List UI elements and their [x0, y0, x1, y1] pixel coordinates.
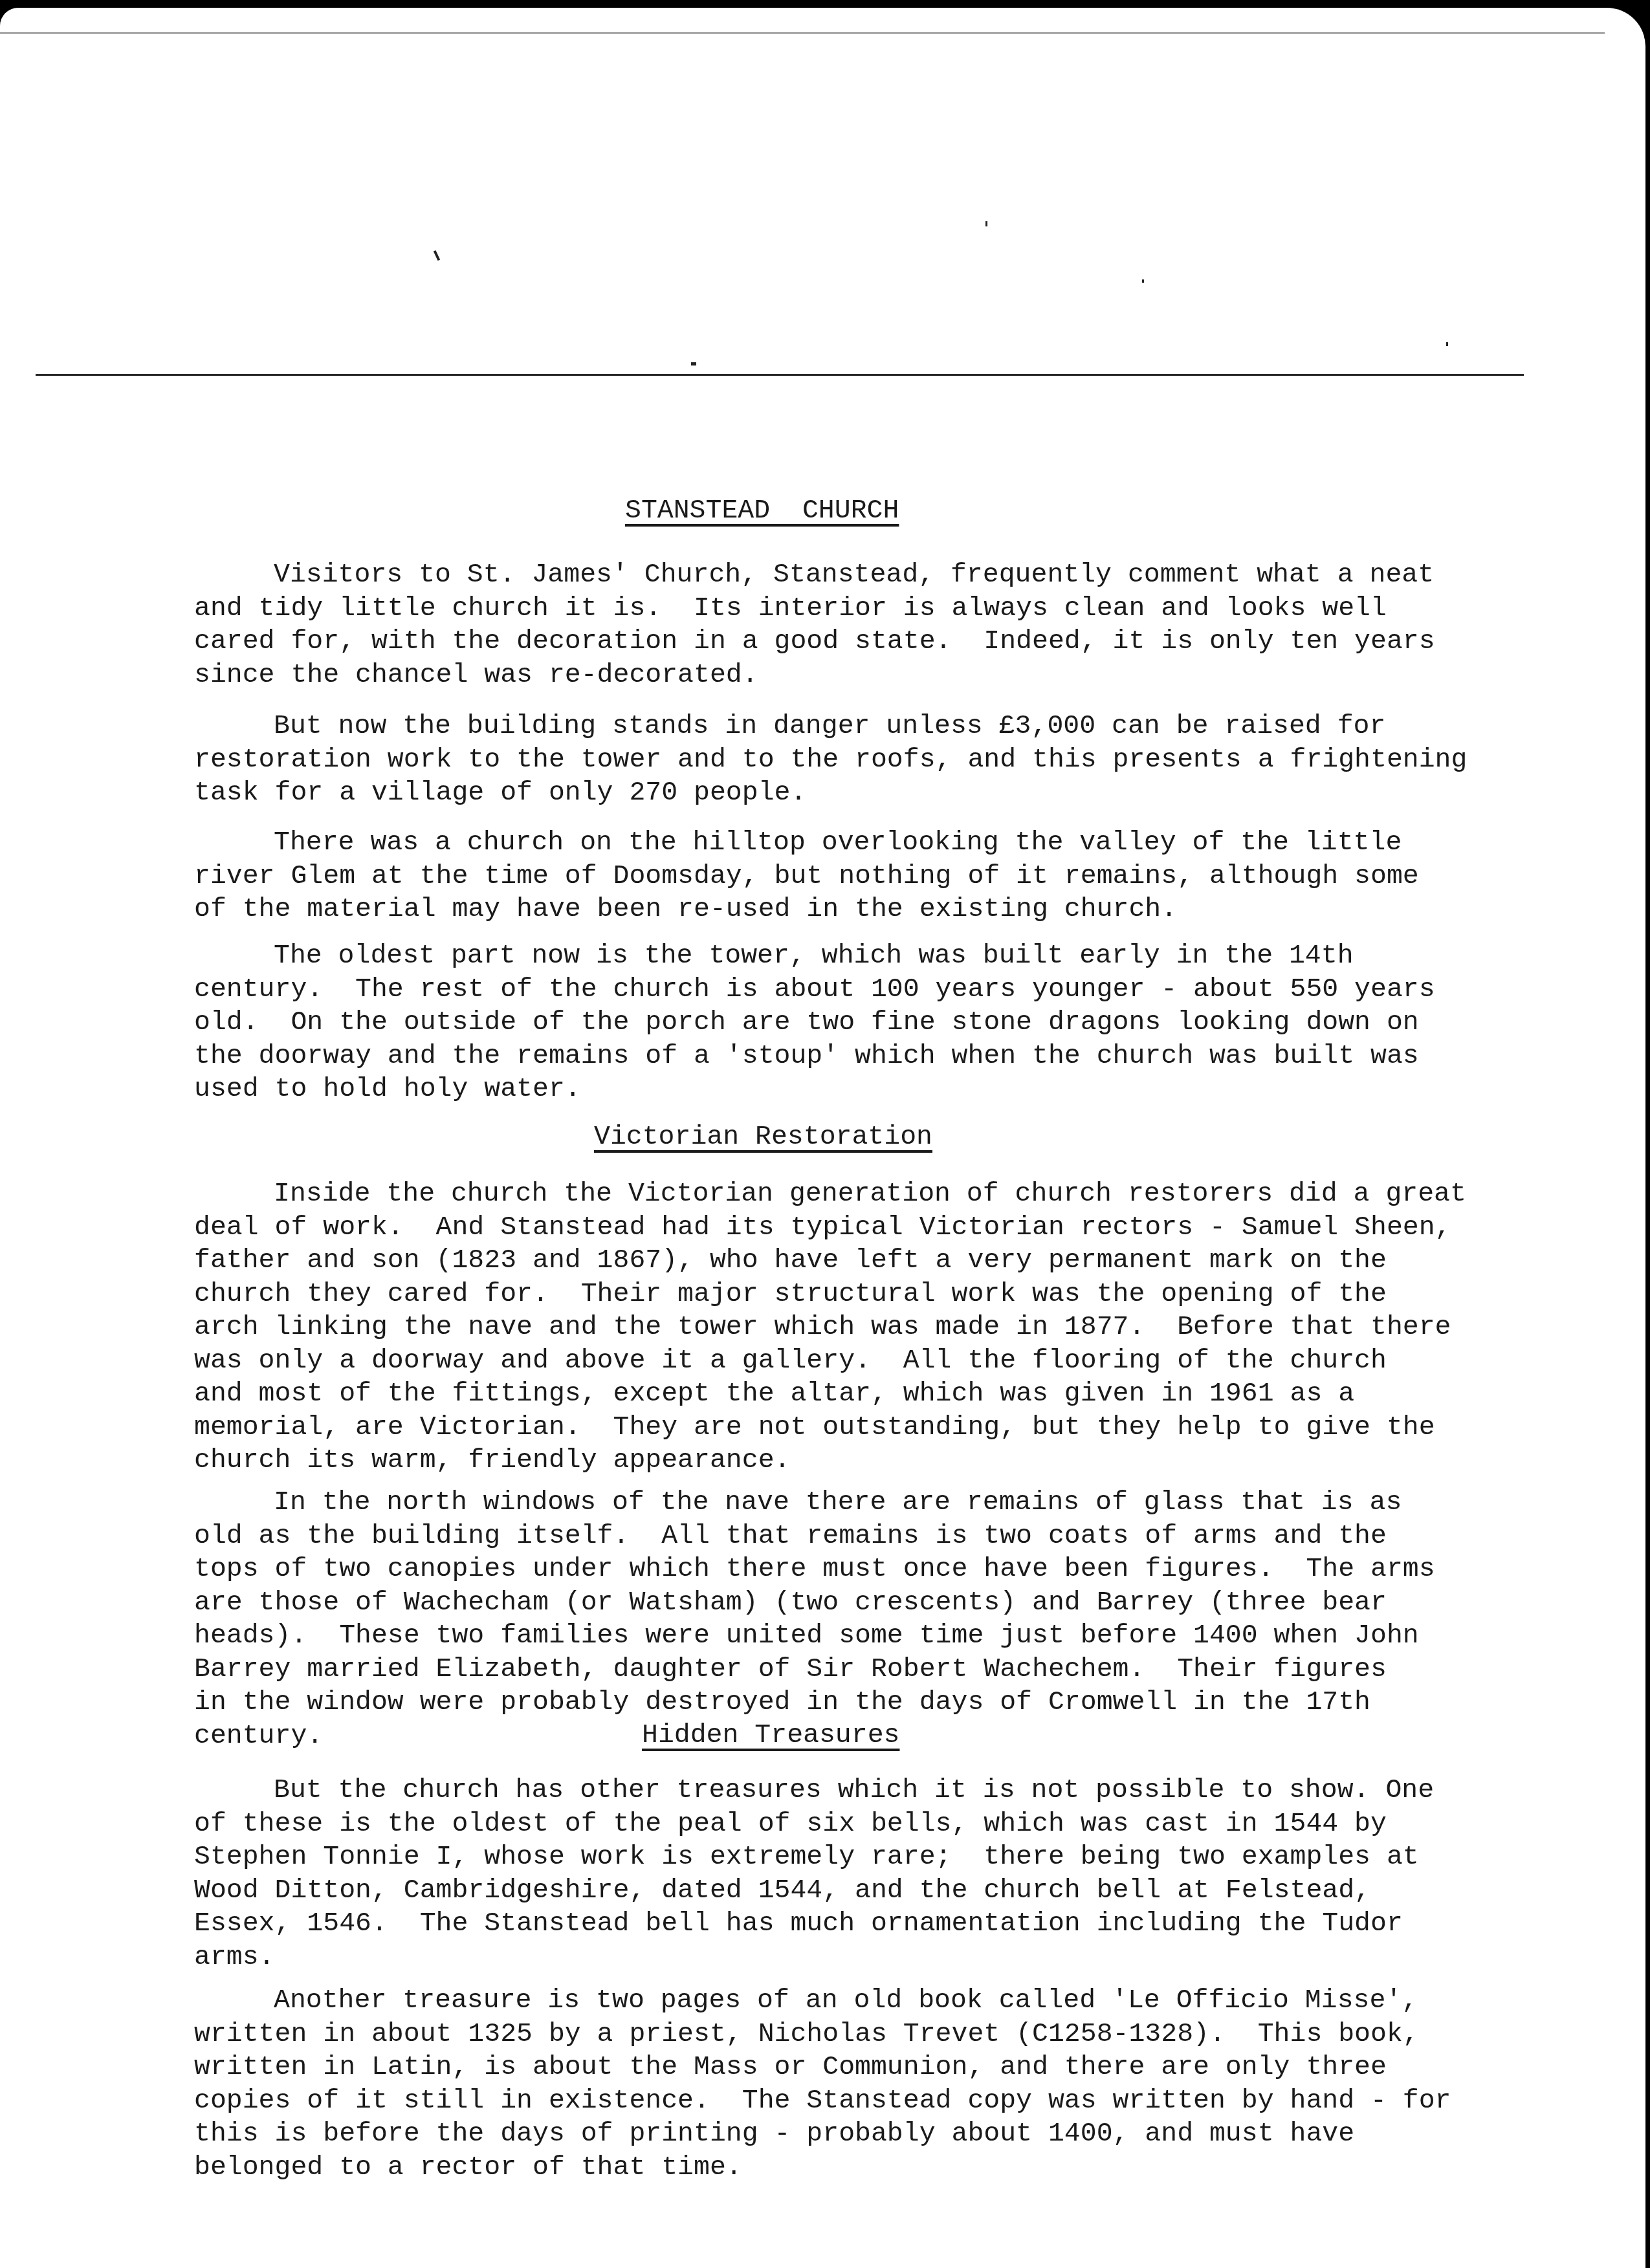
text-line: old. On the outside of the porch are two…: [194, 1006, 1553, 1040]
text-line: But now the building stands in danger un…: [194, 710, 1553, 743]
text-line: tops of two canopies under which there m…: [194, 1553, 1553, 1586]
text-line: river Glem at the time of Doomsday, but …: [194, 860, 1553, 893]
text-line: of the material may have been re-used in…: [194, 893, 1553, 926]
text-line: In the north windows of the nave there a…: [194, 1486, 1553, 1520]
text-line: of these is the oldest of the peal of si…: [194, 1807, 1553, 1841]
text-line: Wood Ditton, Cambridgeshire, dated 1544,…: [194, 1874, 1553, 1908]
top-scan-line: [0, 32, 1605, 34]
text-line: old as the building itself. All that rem…: [194, 1520, 1553, 1553]
text-line: Another treasure is two pages of an old …: [194, 1984, 1553, 2018]
scanned-page: STANSTEAD CHURCH Visitors to St. James' …: [0, 8, 1645, 2268]
paragraph-history: There was a church on the hilltop overlo…: [194, 826, 1553, 926]
paragraph-bells: But the church has other treasures which…: [194, 1774, 1553, 1974]
text-line: are those of Wachecham (or Watsham) (two…: [194, 1586, 1553, 1620]
text-line: this is before the days of printing - pr…: [194, 2117, 1553, 2151]
document-title: STANSTEAD CHURCH: [625, 494, 899, 528]
text-line: There was a church on the hilltop overlo…: [194, 826, 1553, 860]
section-heading-victorian-restoration: Victorian Restoration: [594, 1120, 932, 1154]
section-heading-hidden-treasures: Hidden Treasures: [642, 1719, 899, 1752]
text-line: Inside the church the Victorian generati…: [194, 1177, 1553, 1211]
scan-speck: [1142, 279, 1144, 283]
text-line: written in Latin, is about the Mass or C…: [194, 2051, 1553, 2084]
text-line: church they cared for. Their major struc…: [194, 1278, 1553, 1311]
text-line: the doorway and the remains of a 'stoup'…: [194, 1040, 1553, 1073]
text-line: church its warm, friendly appearance.: [194, 1444, 1553, 1477]
text-line: restoration work to the tower and to the…: [194, 743, 1553, 777]
scan-speck: [691, 362, 696, 365]
text-line: deal of work. And Stanstead had its typi…: [194, 1211, 1553, 1245]
text-line: century. The rest of the church is about…: [194, 973, 1553, 1007]
text-line: father and son (1823 and 1867), who have…: [194, 1244, 1553, 1278]
text-line: But the church has other treasures which…: [194, 1774, 1553, 1807]
text-line: and most of the fittings, except the alt…: [194, 1377, 1553, 1411]
text-line: used to hold holy water.: [194, 1073, 1553, 1106]
text-line: arms.: [194, 1941, 1553, 1974]
paragraph-tower: The oldest part now is the tower, which …: [194, 939, 1553, 1106]
text-line: The oldest part now is the tower, which …: [194, 939, 1553, 973]
scan-speck: [434, 250, 440, 261]
text-line: written in about 1325 by a priest, Nicho…: [194, 2018, 1553, 2051]
text-line: copies of it still in existence. The Sta…: [194, 2084, 1553, 2118]
paragraph-victorian: Inside the church the Victorian generati…: [194, 1177, 1553, 1477]
paragraph-book: Another treasure is two pages of an old …: [194, 1984, 1553, 2184]
text-line: arch linking the nave and the tower whic…: [194, 1311, 1553, 1344]
paragraph-intro: Visitors to St. James' Church, Stanstead…: [194, 558, 1553, 692]
text-line: since the chancel was re-decorated.: [194, 659, 1553, 692]
text-line: Barrey married Elizabeth, daughter of Si…: [194, 1653, 1553, 1686]
text-line: Stephen Tonnie I, whose work is extremel…: [194, 1840, 1553, 1874]
text-line: task for a village of only 270 people.: [194, 776, 1553, 810]
text-line: was only a doorway and above it a galler…: [194, 1344, 1553, 1378]
scan-speck: [985, 221, 987, 226]
text-line: and tidy little church it is. Its interi…: [194, 592, 1553, 626]
paragraph-danger: But now the building stands in danger un…: [194, 710, 1553, 810]
text-line: memorial, are Victorian. They are not ou…: [194, 1411, 1553, 1445]
text-line: in the window were probably destroyed in…: [194, 1686, 1553, 1719]
header-divider-rule: [36, 374, 1524, 376]
text-line: heads). These two families were united s…: [194, 1619, 1553, 1653]
paragraph-windows: In the north windows of the nave there a…: [194, 1486, 1553, 1752]
text-line: cared for, with the decoration in a good…: [194, 625, 1553, 659]
scan-speck: [1446, 342, 1448, 346]
text-line: Essex, 1546. The Stanstead bell has much…: [194, 1907, 1553, 1941]
text-line: Visitors to St. James' Church, Stanstead…: [194, 558, 1553, 592]
text-line: belonged to a rector of that time.: [194, 2151, 1553, 2185]
